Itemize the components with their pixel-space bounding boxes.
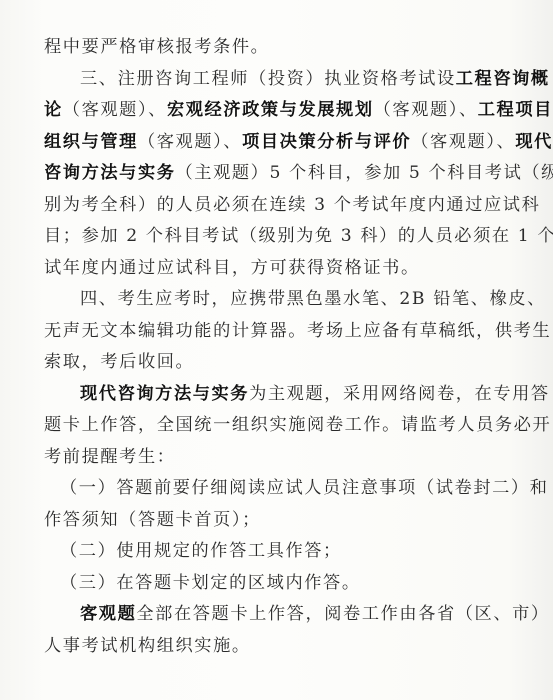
- text-run: 四、考生应考时，应携带黑色墨水笔、2B 铅笔、橡皮、: [80, 289, 546, 309]
- list-item-three: （三）在答题卡划定的区域内作答。: [60, 571, 468, 595]
- text-line: 组织与管理（客观题）、项目决策分析与评价（客观题）、现代: [44, 130, 468, 154]
- subject-name: 工程咨询概: [456, 69, 550, 89]
- text-run: 为主观题，采用网络阅卷，在专用答: [249, 384, 550, 404]
- text-run: （一）答题前要仔细阅读应试人员注意事项（试卷封二）和: [60, 478, 548, 498]
- text-run: 试年度内通过应试科目，方可获得资格证书。: [44, 258, 420, 278]
- text-line: 作答须知（答题卡首页）；: [44, 508, 468, 532]
- subject-name: 项目决策分析与评价: [242, 132, 411, 152]
- text-run: 三、注册咨询工程师（投资）执业资格考试设: [80, 69, 456, 89]
- text-run: 作答须知（答题卡首页）；: [44, 510, 261, 530]
- subject-name: 现代: [515, 132, 553, 152]
- list-item-one: （一）答题前要仔细阅读应试人员注意事项（试卷封二）和: [60, 476, 468, 500]
- text-line: 人事考试机构组织实施。: [44, 634, 468, 658]
- text-run: 题卡上作答，全国统一组织实施阅卷工作。请监考人员务必开: [44, 415, 551, 435]
- text-run: （三）在答题卡划定的区域内作答。: [60, 573, 361, 593]
- text-line: 无声无文本编辑功能的计算器。考场上应备有草稿纸，供考生: [44, 319, 468, 343]
- text-run: （主观题）5 个科目，参加 5 个科目考试（级: [176, 163, 553, 183]
- text-run: 目；参加 2 个科目考试（级别为免 3 科）的人员必须在 1 个考: [44, 226, 553, 246]
- subject-name: 咨询方法与实务: [44, 163, 176, 183]
- objective-paragraph-line: 客观题全部在答题卡上作答，阅卷工作由各省（区、市）: [80, 602, 468, 626]
- text-run: 全部在答题卡上作答，阅卷工作由各省（区、市）: [136, 604, 549, 624]
- text-run: 程中要严格审核报考条件。: [44, 37, 269, 57]
- text-line: 索取，考后收回。: [44, 350, 468, 374]
- text-run: 无声无文本编辑功能的计算器。考场上应备有草稿纸，供考生: [44, 321, 551, 341]
- subject-name: 宏观经济政策与发展规划: [167, 100, 374, 120]
- text-run: 人事考试机构组织实施。: [44, 636, 251, 656]
- subject-name: 客观题: [80, 604, 136, 624]
- text-line: 咨询方法与实务（主观题）5 个科目，参加 5 个科目考试（级: [44, 161, 468, 185]
- text-line: 试年度内通过应试科目，方可获得资格证书。: [44, 256, 468, 280]
- text-run: （客观题）、: [63, 100, 167, 120]
- text-line: 考前提醒考生：: [44, 445, 468, 469]
- text-run: （二）使用规定的作答工具作答；: [60, 541, 342, 561]
- scanned-document-page: 程中要严格审核报考条件。 三、注册咨询工程师（投资）执业资格考试设工程咨询概 论…: [0, 0, 553, 700]
- subject-name: 论: [44, 100, 63, 120]
- text-run: （客观题）、: [374, 100, 478, 120]
- list-item-two: （二）使用规定的作答工具作答；: [60, 539, 468, 563]
- text-line: 目；参加 2 个科目考试（级别为免 3 科）的人员必须在 1 个考: [44, 224, 468, 248]
- text-line: 别为考全科）的人员必须在连续 3 个考试年度内通过应试科: [44, 193, 468, 217]
- text-run: 考前提醒考生：: [44, 447, 176, 467]
- subjective-paragraph-line: 现代咨询方法与实务为主观题，采用网络阅卷，在专用答: [80, 382, 468, 406]
- subject-name: 现代咨询方法与实务: [80, 384, 249, 404]
- text-run: 索取，考后收回。: [44, 352, 194, 372]
- text-line: 论（客观题）、宏观经济政策与发展规划（客观题）、工程项目: [44, 98, 468, 122]
- paragraph-three-line: 三、注册咨询工程师（投资）执业资格考试设工程咨询概: [80, 67, 468, 91]
- subject-name: 工程项目: [478, 100, 553, 120]
- text-run: 别为考全科）的人员必须在连续 3 个考试年度内通过应试科: [44, 195, 540, 215]
- paragraph-four-line: 四、考生应考时，应携带黑色墨水笔、2B 铅笔、橡皮、: [80, 287, 468, 311]
- text-line: 题卡上作答，全国统一组织实施阅卷工作。请监考人员务必开: [44, 413, 468, 437]
- subject-name: 组织与管理: [44, 132, 138, 152]
- text-run: （客观题）、: [411, 132, 515, 152]
- text-run: （客观题）、: [138, 132, 242, 152]
- text-line: 程中要严格审核报考条件。: [44, 35, 468, 59]
